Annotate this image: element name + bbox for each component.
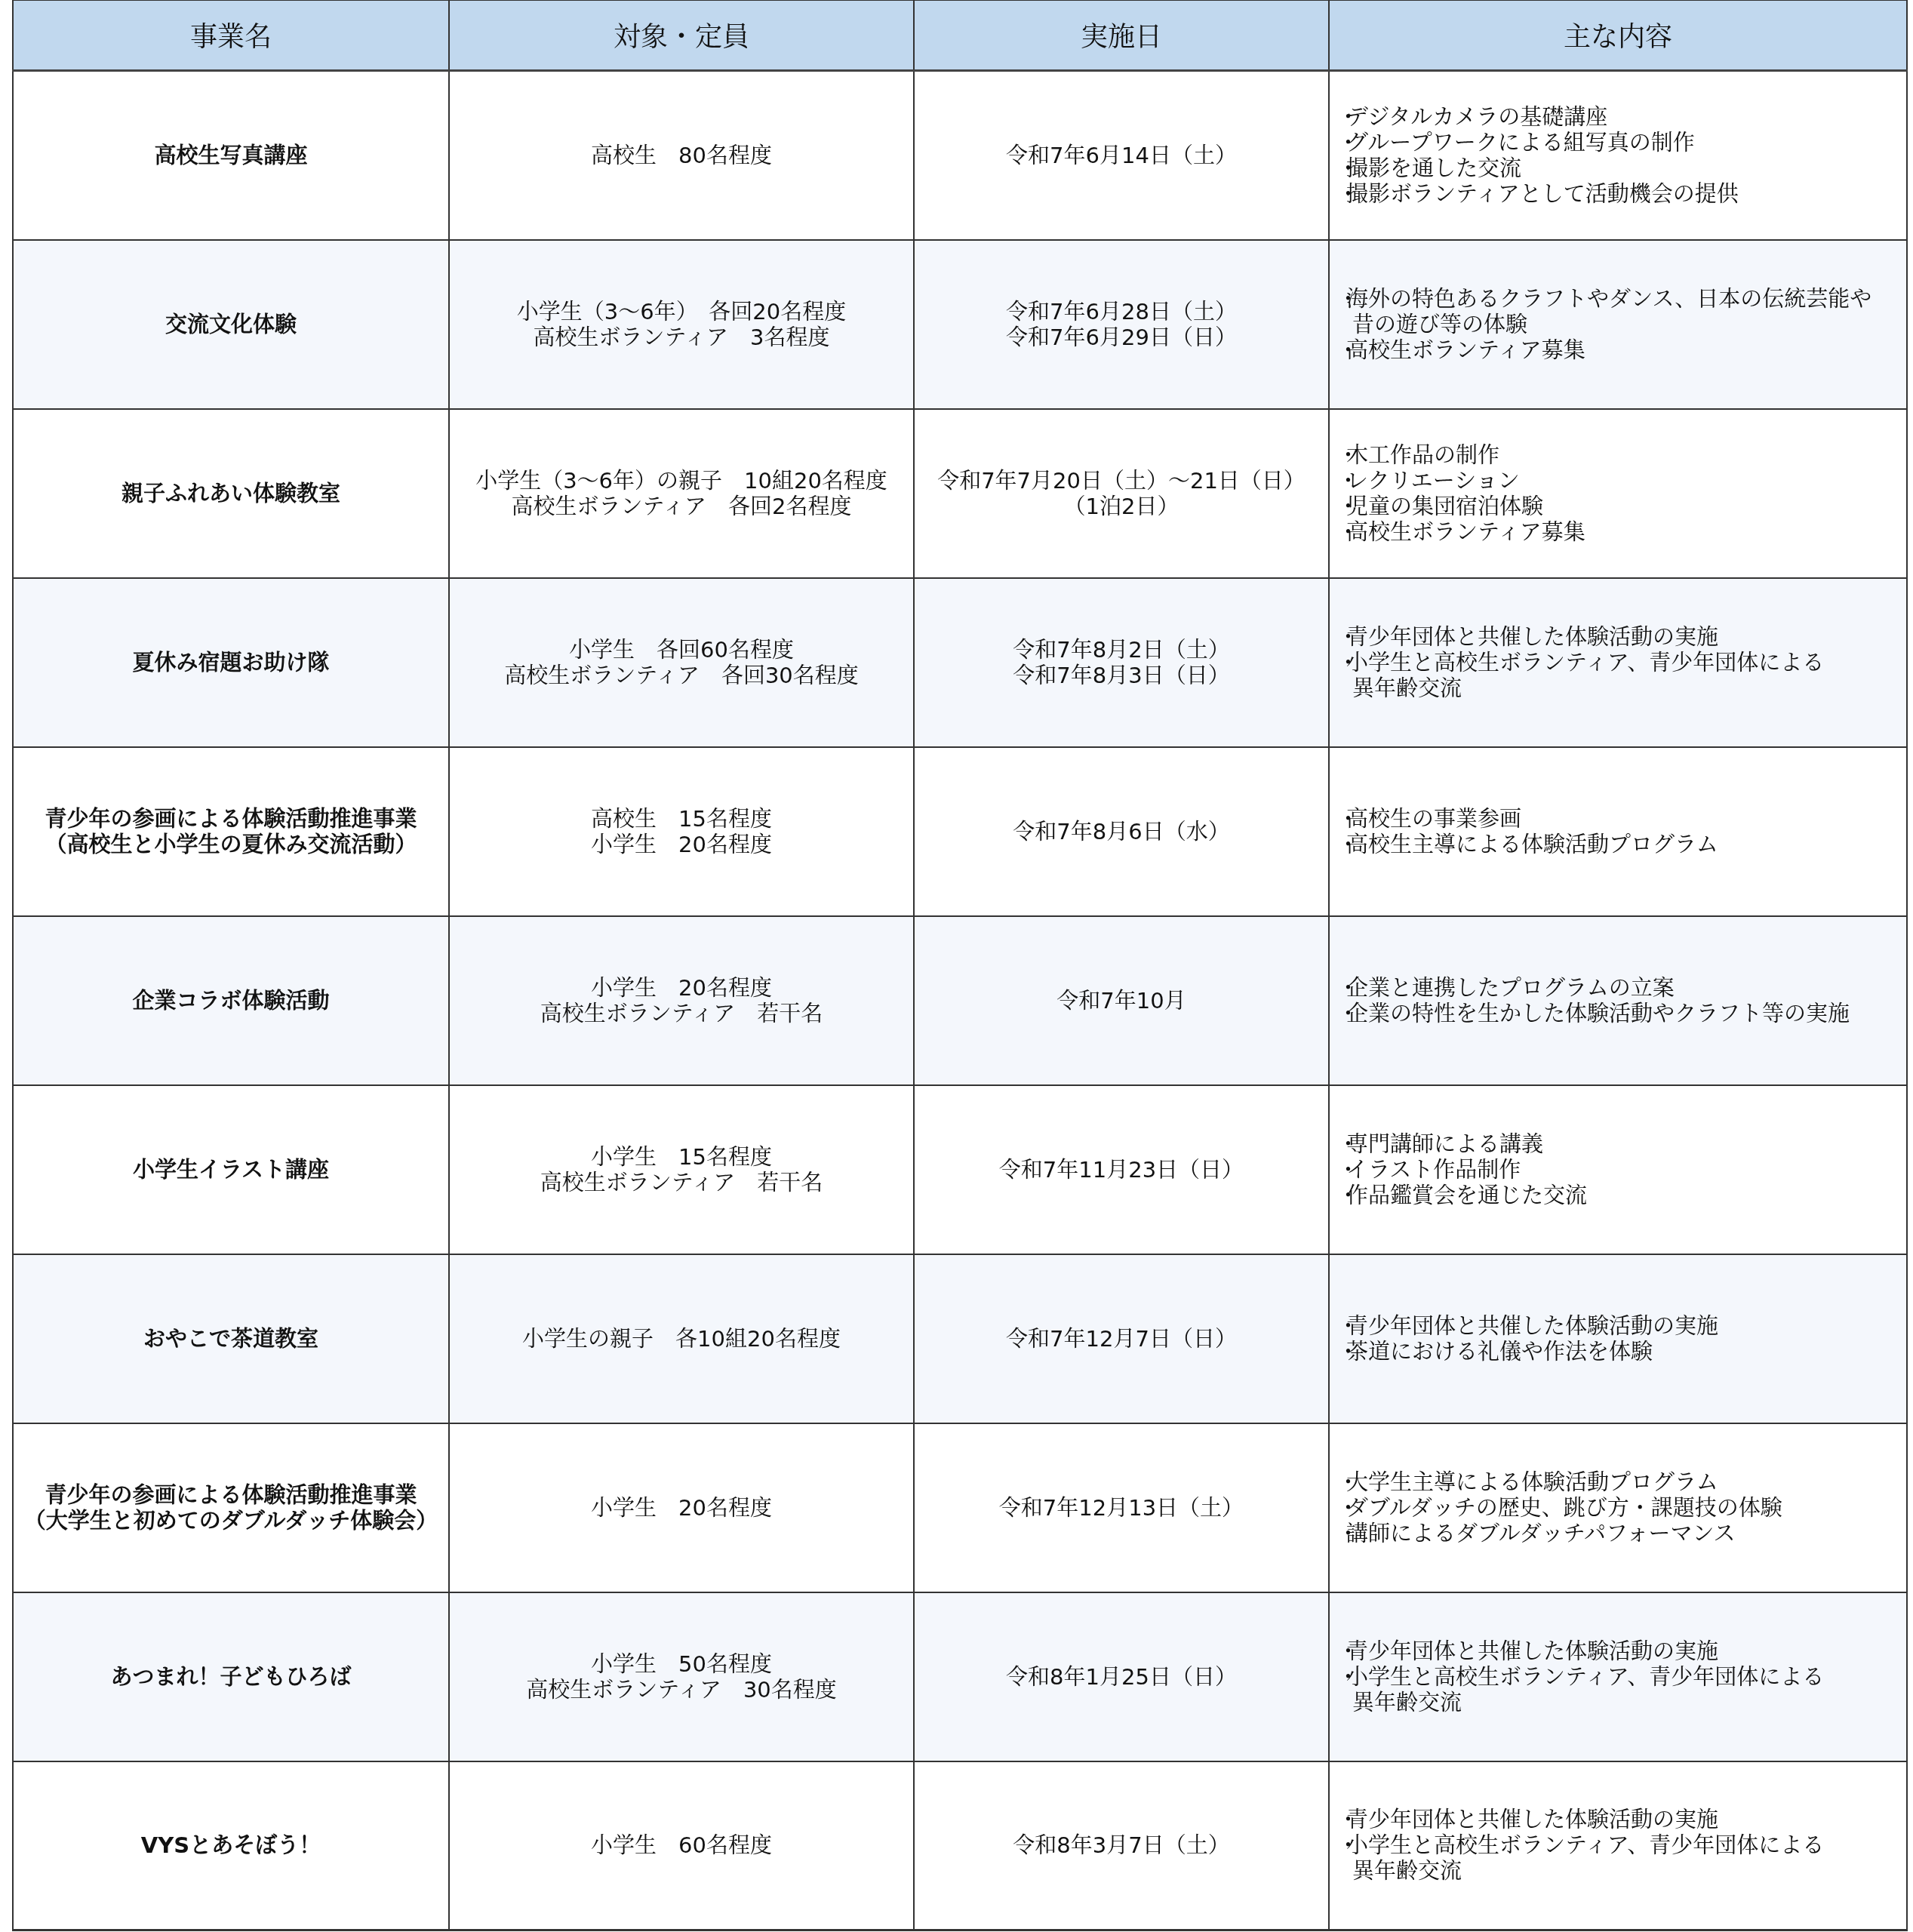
- content-bullet-item: ・青少年団体と共催した体験活動の実施: [1337, 1638, 1906, 1664]
- content-bullet-item: ・作品鑑賞会を通じた交流: [1337, 1183, 1906, 1208]
- target-capacity-cell: 小学生 60名程度: [449, 1761, 914, 1930]
- bullet-text: 講師によるダブルダッチパフォーマンス: [1346, 1521, 1736, 1546]
- date-cell-line: 令和7年6月29日（日）: [915, 325, 1328, 350]
- header-event-name: 事業名: [13, 1, 449, 71]
- header-target-capacity: 対象・定員: [449, 1, 914, 71]
- main-content-cell: ・木工作品の制作・レクリエーション・児童の集団宿泊体験・高校生ボランティア募集: [1329, 409, 1907, 578]
- bullet-dot-icon: ・: [1337, 832, 1346, 857]
- bullet-dot-icon: ・: [1337, 1469, 1346, 1495]
- event-name-cell: 青少年の参画による体験活動推進事業（大学生と初めてのダブルダッチ体験会）: [13, 1423, 449, 1592]
- table-row: 夏休み宿題お助け隊小学生 各回60名程度高校生ボランティア 各回30名程度令和7…: [13, 578, 1907, 747]
- target-capacity-cell: 小学生 各回60名程度高校生ボランティア 各回30名程度: [449, 578, 914, 747]
- date-cell-line: 令和7年8月3日（日）: [915, 663, 1328, 688]
- bullet-text: 撮影を通した交流: [1346, 155, 1521, 181]
- date-cell: 令和7年11月23日（日）: [914, 1085, 1329, 1254]
- date-cell-line: 令和7年8月2日（土）: [915, 637, 1328, 663]
- bullet-dot-icon: ・: [1337, 975, 1346, 1001]
- bullet-dot-icon: ・: [1337, 1832, 1346, 1858]
- bullet-dot-icon: ・: [1337, 181, 1346, 207]
- bullet-text: 高校生ボランティア募集: [1346, 519, 1585, 545]
- event-name-cell: 交流文化体験: [13, 240, 449, 409]
- bullet-text: 児童の集団宿泊体験: [1346, 494, 1543, 519]
- bullet-dot-icon: ・: [1337, 155, 1346, 181]
- target-capacity-cell-line: 高校生 15名程度: [450, 806, 913, 832]
- event-name-cell: 親子ふれあい体験教室: [13, 409, 449, 578]
- content-bullet-item: ・グループワークによる組写真の制作: [1337, 130, 1906, 155]
- event-name-cell-line: おやこで茶道教室: [14, 1326, 448, 1352]
- bullet-text: 青少年団体と共催した体験活動の実施: [1346, 624, 1718, 650]
- table-header-row: 事業名 対象・定員 実施日 主な内容: [13, 1, 1907, 71]
- bullet-dot-icon: ・: [1337, 337, 1346, 363]
- bullet-dot-icon: ・: [1337, 442, 1346, 468]
- main-content-cell: ・青少年団体と共催した体験活動の実施・小学生と高校生ボランティア、青少年団体によ…: [1329, 1761, 1907, 1930]
- table-row: 小学生イラスト講座小学生 15名程度高校生ボランティア 若干名令和7年11月23…: [13, 1085, 1907, 1254]
- bullet-text: デジタルカメラの基礎講座: [1346, 104, 1607, 130]
- event-name-cell: おやこで茶道教室: [13, 1254, 449, 1423]
- target-capacity-cell-line: 小学生 60名程度: [450, 1832, 913, 1858]
- event-name-cell-line: あつまれ！子どもひろば: [14, 1664, 448, 1690]
- bullet-text: 青少年団体と共催した体験活動の実施: [1346, 1313, 1718, 1339]
- target-capacity-cell-line: 高校生ボランティア 30名程度: [450, 1677, 913, 1703]
- main-content-cell: ・青少年団体と共催した体験活動の実施・小学生と高校生ボランティア、青少年団体によ…: [1329, 1592, 1907, 1761]
- bullet-dot-icon: ・: [1337, 494, 1346, 519]
- date-cell: 令和7年8月2日（土）令和7年8月3日（日）: [914, 578, 1329, 747]
- content-bullet-item: ・高校生ボランティア募集: [1337, 519, 1906, 545]
- date-cell-line: （1泊2日）: [915, 494, 1328, 519]
- target-capacity-cell: 小学生 20名程度高校生ボランティア 若干名: [449, 916, 914, 1085]
- main-content-cell: ・企業と連携したプログラムの立案・企業の特性を生かした体験活動やクラフト等の実施: [1329, 916, 1907, 1085]
- main-content-cell: ・青少年団体と共催した体験活動の実施・茶道における礼儀や作法を体験: [1329, 1254, 1907, 1423]
- bullet-dot-icon: ・: [1337, 1001, 1346, 1026]
- target-capacity-cell: 小学生（3～6年）の親子 10組20名程度高校生ボランティア 各回2名程度: [449, 409, 914, 578]
- events-table-container: 事業名 対象・定員 実施日 主な内容 高校生写真講座高校生 80名程度令和7年6…: [12, 0, 1906, 1931]
- content-bullet-item: ・撮影ボランティアとして活動機会の提供: [1337, 181, 1906, 207]
- target-capacity-cell-line: 小学生 15名程度: [450, 1144, 913, 1170]
- date-cell-line: 令和8年3月7日（土）: [915, 1832, 1328, 1858]
- content-bullet-item: ・木工作品の制作: [1337, 442, 1906, 468]
- target-capacity-cell-line: 小学生 各回60名程度: [450, 637, 913, 663]
- event-name-cell: 青少年の参画による体験活動推進事業（高校生と小学生の夏休み交流活動）: [13, 747, 449, 916]
- target-capacity-cell-line: 高校生ボランティア 若干名: [450, 1170, 913, 1195]
- bullet-dot-icon: ・: [1337, 1339, 1346, 1364]
- bullet-dot-icon: ・: [1337, 468, 1346, 494]
- content-bullet-item: ・企業と連携したプログラムの立案: [1337, 975, 1906, 1001]
- bullet-dot-icon: ・: [1337, 1183, 1346, 1208]
- content-bullet-item: ・海外の特色あるクラフトやダンス、日本の伝統芸能や: [1337, 286, 1906, 312]
- target-capacity-cell: 小学生（3～6年） 各回20名程度高校生ボランティア 3名程度: [449, 240, 914, 409]
- date-cell-line: 令和7年6月14日（土）: [915, 143, 1328, 168]
- target-capacity-cell: 小学生 15名程度高校生ボランティア 若干名: [449, 1085, 914, 1254]
- bullet-dot-icon: ・: [1337, 519, 1346, 545]
- header-date: 実施日: [914, 1, 1329, 71]
- event-name-cell: 夏休み宿題お助け隊: [13, 578, 449, 747]
- content-bullet-item: ・小学生と高校生ボランティア、青少年団体による: [1337, 650, 1906, 675]
- table-row: 青少年の参画による体験活動推進事業（高校生と小学生の夏休み交流活動）高校生 15…: [13, 747, 1907, 916]
- bullet-text: 企業と連携したプログラムの立案: [1346, 975, 1675, 1001]
- date-cell: 令和8年3月7日（土）: [914, 1761, 1329, 1930]
- bullet-dot-icon: ・: [1337, 806, 1346, 832]
- event-name-cell-line: 親子ふれあい体験教室: [14, 481, 448, 506]
- content-bullet-item: ・茶道における礼儀や作法を体験: [1337, 1339, 1906, 1364]
- date-cell-line: 令和7年12月13日（土）: [915, 1495, 1328, 1521]
- table-row: 企業コラボ体験活動小学生 20名程度高校生ボランティア 若干名令和7年10月・企…: [13, 916, 1907, 1085]
- content-bullet-item: ・ダブルダッチの歴史、跳び方・課題技の体験: [1337, 1495, 1906, 1521]
- events-table: 事業名 対象・定員 実施日 主な内容 高校生写真講座高校生 80名程度令和7年6…: [12, 0, 1908, 1931]
- table-row: あつまれ！子どもひろば小学生 50名程度高校生ボランティア 30名程度令和8年1…: [13, 1592, 1907, 1761]
- target-capacity-cell-line: 小学生（3～6年）の親子 10組20名程度: [450, 468, 913, 494]
- target-capacity-cell-line: 高校生 80名程度: [450, 143, 913, 168]
- date-cell-line: 令和7年10月: [915, 988, 1328, 1014]
- content-bullet-item: ・高校生ボランティア募集: [1337, 337, 1906, 363]
- content-bullet-item: ・講師によるダブルダッチパフォーマンス: [1337, 1521, 1906, 1546]
- event-name-cell-line: （高校生と小学生の夏休み交流活動）: [14, 832, 448, 857]
- bullet-text: 青少年団体と共催した体験活動の実施: [1346, 1638, 1718, 1664]
- content-bullet-item: ・レクリエーション: [1337, 468, 1906, 494]
- bullet-text: 作品鑑賞会を通じた交流: [1346, 1183, 1587, 1208]
- bullet-text: グループワークによる組写真の制作: [1346, 130, 1695, 155]
- target-capacity-cell-line: 小学生 20名程度: [450, 975, 913, 1001]
- date-cell-line: 令和8年1月25日（日）: [915, 1664, 1328, 1690]
- target-capacity-cell-line: 高校生ボランティア 若干名: [450, 1001, 913, 1026]
- main-content-cell: ・青少年団体と共催した体験活動の実施・小学生と高校生ボランティア、青少年団体によ…: [1329, 578, 1907, 747]
- target-capacity-cell: 小学生 20名程度: [449, 1423, 914, 1592]
- bullet-dot-icon: ・: [1337, 1495, 1346, 1521]
- date-cell: 令和7年10月: [914, 916, 1329, 1085]
- bullet-text: 専門講師による講義: [1346, 1131, 1543, 1157]
- content-bullet-item: ・撮影を通した交流: [1337, 155, 1906, 181]
- event-name-cell-line: 夏休み宿題お助け隊: [14, 650, 448, 675]
- date-cell: 令和7年12月7日（日）: [914, 1254, 1329, 1423]
- event-name-cell-line: 小学生イラスト講座: [14, 1157, 448, 1183]
- bullet-text: 高校生の事業参画: [1346, 806, 1521, 832]
- date-cell: 令和7年7月20日（土）～21日（日）（1泊2日）: [914, 409, 1329, 578]
- table-row: VYSとあそぼう！小学生 60名程度令和8年3月7日（土）・青少年団体と共催した…: [13, 1761, 1907, 1930]
- target-capacity-cell: 小学生の親子 各10組20名程度: [449, 1254, 914, 1423]
- event-name-cell-line: 交流文化体験: [14, 312, 448, 337]
- event-name-cell-line: VYSとあそぼう！: [14, 1832, 448, 1858]
- bullet-dot-icon: ・: [1337, 286, 1346, 312]
- target-capacity-cell-line: 小学生 50名程度: [450, 1651, 913, 1677]
- content-bullet-item: ・イラスト作品制作: [1337, 1157, 1906, 1183]
- bullet-text: 海外の特色あるクラフトやダンス、日本の伝統芸能や: [1346, 286, 1871, 312]
- target-capacity-cell: 高校生 15名程度小学生 20名程度: [449, 747, 914, 916]
- target-capacity-cell-line: 高校生ボランティア 3名程度: [450, 325, 913, 350]
- bullet-text: ダブルダッチの歴史、跳び方・課題技の体験: [1346, 1495, 1782, 1521]
- bullet-text: 高校生主導による体験活動プログラム: [1346, 832, 1718, 857]
- target-capacity-cell-line: 小学生 20名程度: [450, 832, 913, 857]
- bullet-text: 大学生主導による体験活動プログラム: [1346, 1469, 1718, 1495]
- main-content-cell: ・海外の特色あるクラフトやダンス、日本の伝統芸能や昔の遊び等の体験・高校生ボラン…: [1329, 240, 1907, 409]
- target-capacity-cell-line: 小学生の親子 各10組20名程度: [450, 1326, 913, 1352]
- content-bullet-item: ・小学生と高校生ボランティア、青少年団体による: [1337, 1832, 1906, 1858]
- event-name-cell: 企業コラボ体験活動: [13, 916, 449, 1085]
- event-name-cell: 小学生イラスト講座: [13, 1085, 449, 1254]
- bullet-dot-icon: ・: [1337, 1664, 1346, 1690]
- header-main-content: 主な内容: [1329, 1, 1907, 71]
- target-capacity-cell-line: 高校生ボランティア 各回2名程度: [450, 494, 913, 519]
- bullet-text: 小学生と高校生ボランティア、青少年団体による: [1346, 1664, 1824, 1690]
- date-cell-line: 令和7年12月7日（日）: [915, 1326, 1328, 1352]
- main-content-cell: ・専門講師による講義・イラスト作品制作・作品鑑賞会を通じた交流: [1329, 1085, 1907, 1254]
- table-body: 高校生写真講座高校生 80名程度令和7年6月14日（土）・デジタルカメラの基礎講…: [13, 71, 1907, 1930]
- date-cell-line: 令和7年7月20日（土）～21日（日）: [915, 468, 1328, 494]
- bullet-text: 撮影ボランティアとして活動機会の提供: [1346, 181, 1739, 207]
- bullet-dot-icon: ・: [1337, 1131, 1346, 1157]
- bullet-continuation-text: 異年齢交流: [1337, 1858, 1906, 1884]
- content-bullet-item: ・青少年団体と共催した体験活動の実施: [1337, 1313, 1906, 1339]
- date-cell: 令和7年6月14日（土）: [914, 71, 1329, 240]
- date-cell-line: 令和7年11月23日（日）: [915, 1157, 1328, 1183]
- bullet-dot-icon: ・: [1337, 104, 1346, 130]
- target-capacity-cell-line: 小学生（3～6年） 各回20名程度: [450, 299, 913, 325]
- bullet-text: イラスト作品制作: [1346, 1157, 1521, 1183]
- bullet-continuation-text: 昔の遊び等の体験: [1337, 312, 1906, 337]
- bullet-text: 青少年団体と共催した体験活動の実施: [1346, 1807, 1718, 1832]
- content-bullet-item: ・青少年団体と共催した体験活動の実施: [1337, 624, 1906, 650]
- main-content-cell: ・大学生主導による体験活動プログラム・ダブルダッチの歴史、跳び方・課題技の体験・…: [1329, 1423, 1907, 1592]
- table-row: おやこで茶道教室小学生の親子 各10組20名程度令和7年12月7日（日）・青少年…: [13, 1254, 1907, 1423]
- event-name-cell-line: 青少年の参画による体験活動推進事業: [14, 806, 448, 832]
- content-bullet-item: ・大学生主導による体験活動プログラム: [1337, 1469, 1906, 1495]
- date-cell: 令和7年6月28日（土）令和7年6月29日（日）: [914, 240, 1329, 409]
- bullet-dot-icon: ・: [1337, 1521, 1346, 1546]
- event-name-cell: 高校生写真講座: [13, 71, 449, 240]
- event-name-cell: あつまれ！子どもひろば: [13, 1592, 449, 1761]
- event-name-cell-line: 高校生写真講座: [14, 143, 448, 168]
- target-capacity-cell: 高校生 80名程度: [449, 71, 914, 240]
- event-name-cell-line: 企業コラボ体験活動: [14, 988, 448, 1014]
- table-row: 交流文化体験小学生（3～6年） 各回20名程度高校生ボランティア 3名程度令和7…: [13, 240, 1907, 409]
- bullet-dot-icon: ・: [1337, 650, 1346, 675]
- main-content-cell: ・高校生の事業参画・高校生主導による体験活動プログラム: [1329, 747, 1907, 916]
- date-cell: 令和7年8月6日（水）: [914, 747, 1329, 916]
- content-bullet-item: ・青少年団体と共催した体験活動の実施: [1337, 1807, 1906, 1832]
- bullet-dot-icon: ・: [1337, 624, 1346, 650]
- content-bullet-item: ・児童の集団宿泊体験: [1337, 494, 1906, 519]
- event-name-cell-line: 青少年の参画による体験活動推進事業: [14, 1482, 448, 1508]
- target-capacity-cell: 小学生 50名程度高校生ボランティア 30名程度: [449, 1592, 914, 1761]
- content-bullet-item: ・小学生と高校生ボランティア、青少年団体による: [1337, 1664, 1906, 1690]
- bullet-dot-icon: ・: [1337, 1313, 1346, 1339]
- content-bullet-item: ・高校生の事業参画: [1337, 806, 1906, 832]
- bullet-continuation-text: 異年齢交流: [1337, 675, 1906, 701]
- event-name-cell-line: （大学生と初めてのダブルダッチ体験会）: [14, 1508, 448, 1534]
- event-name-cell: VYSとあそぼう！: [13, 1761, 449, 1930]
- table-row: 親子ふれあい体験教室小学生（3～6年）の親子 10組20名程度高校生ボランティア…: [13, 409, 1907, 578]
- bullet-text: 木工作品の制作: [1346, 442, 1499, 468]
- bullet-continuation-text: 異年齢交流: [1337, 1690, 1906, 1715]
- bullet-dot-icon: ・: [1337, 1157, 1346, 1183]
- table-row: 高校生写真講座高校生 80名程度令和7年6月14日（土）・デジタルカメラの基礎講…: [13, 71, 1907, 240]
- content-bullet-item: ・高校生主導による体験活動プログラム: [1337, 832, 1906, 857]
- target-capacity-cell-line: 小学生 20名程度: [450, 1495, 913, 1521]
- bullet-dot-icon: ・: [1337, 130, 1346, 155]
- main-content-cell: ・デジタルカメラの基礎講座・グループワークによる組写真の制作・撮影を通した交流・…: [1329, 71, 1907, 240]
- date-cell: 令和8年1月25日（日）: [914, 1592, 1329, 1761]
- bullet-text: 小学生と高校生ボランティア、青少年団体による: [1346, 650, 1824, 675]
- date-cell-line: 令和7年8月6日（水）: [915, 819, 1328, 844]
- date-cell-line: 令和7年6月28日（土）: [915, 299, 1328, 325]
- bullet-text: 小学生と高校生ボランティア、青少年団体による: [1346, 1832, 1824, 1858]
- table-row: 青少年の参画による体験活動推進事業（大学生と初めてのダブルダッチ体験会）小学生 …: [13, 1423, 1907, 1592]
- bullet-dot-icon: ・: [1337, 1807, 1346, 1832]
- content-bullet-item: ・専門講師による講義: [1337, 1131, 1906, 1157]
- bullet-text: 企業の特性を生かした体験活動やクラフト等の実施: [1346, 1001, 1850, 1026]
- target-capacity-cell-line: 高校生ボランティア 各回30名程度: [450, 663, 913, 688]
- date-cell: 令和7年12月13日（土）: [914, 1423, 1329, 1592]
- bullet-dot-icon: ・: [1337, 1638, 1346, 1664]
- bullet-text: 茶道における礼儀や作法を体験: [1346, 1339, 1653, 1364]
- bullet-text: レクリエーション: [1346, 468, 1520, 494]
- bullet-text: 高校生ボランティア募集: [1346, 337, 1585, 363]
- content-bullet-item: ・企業の特性を生かした体験活動やクラフト等の実施: [1337, 1001, 1906, 1026]
- content-bullet-item: ・デジタルカメラの基礎講座: [1337, 104, 1906, 130]
